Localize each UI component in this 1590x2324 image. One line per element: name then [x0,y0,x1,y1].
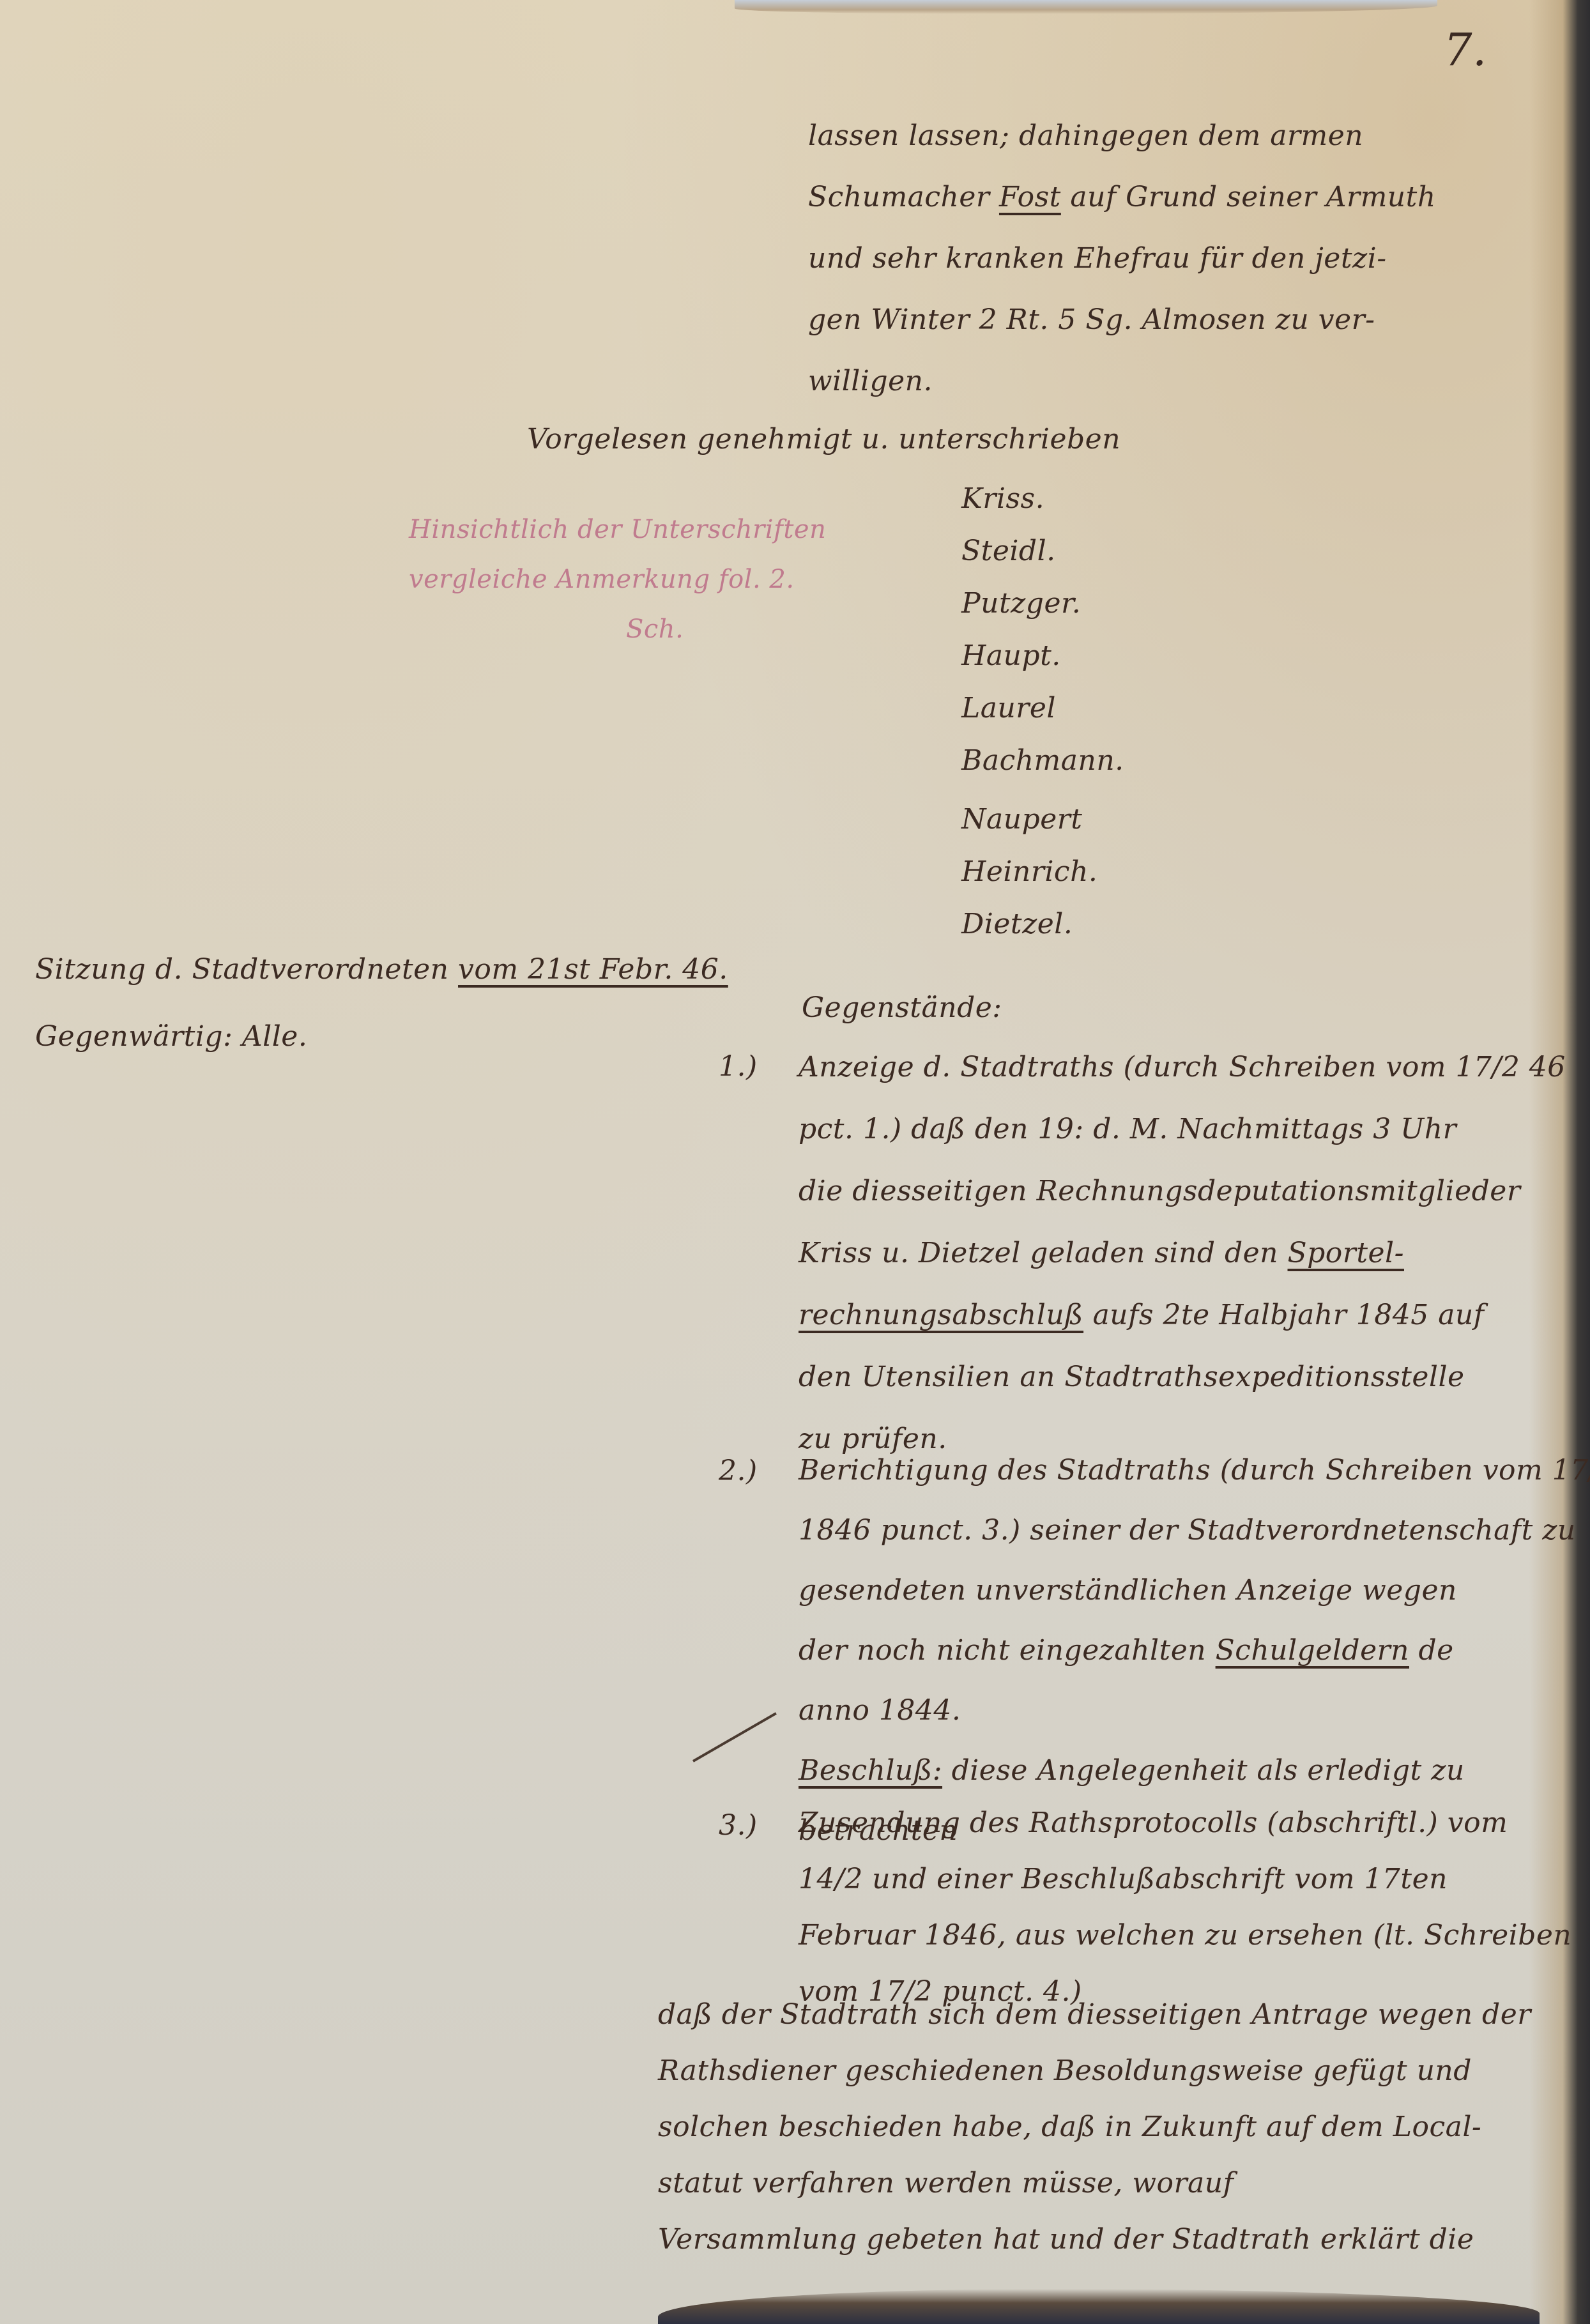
signature: Laurel [961,682,1124,735]
annotation-line: vergleiche Anmerkung fol. 2. [409,554,826,604]
agenda-heading: Gegenstände: [802,977,1002,1039]
item-3-continuation: daß der Stadtrath sich dem diesseitigen … [658,1987,1531,2268]
text-line: gen Winter 2 Rt. 5 Sg. Almosen zu ver- [808,289,1436,351]
text-line: statut verfahren werden müsse, worauf [658,2155,1531,2212]
folio-number: 7. [1444,19,1487,80]
item-number: 3.) [719,1795,758,1856]
resolution-text: diese Angelegenheit als erledigt zu [952,1754,1465,1787]
text-line: Versammlung gebeten hat und der Stadtrat… [658,2212,1531,2268]
text-line: den Utensilien an Stadtrathsexpeditionss… [799,1346,1566,1408]
text-line: die diesseitigen Rechnungsdeputationsmit… [799,1160,1566,1222]
text-line: Anzeige d. Stadtraths (durch Schreiben v… [799,1036,1566,1098]
session-title: Sitzung d. Stadtverordneten [35,953,449,986]
signature: Steidl. [961,525,1124,577]
annotation-initials: Sch. [409,604,826,654]
attendance: Gegenwärtig: Alle. [35,1006,307,1067]
resolution-label: Beschluß: [799,1754,942,1787]
text-line: Schumacher Fost auf Grund seiner Armuth [808,167,1436,228]
signature: Haupt. [961,630,1124,682]
text-line: willigen. [808,351,1436,412]
resolution-line: Beschluß: diese Angelegenheit als erledi… [799,1741,1590,1801]
text-line: rechnungsabschluß aufs 2te Halbjahr 1845… [799,1284,1566,1346]
item-number: 1.) [719,1036,758,1097]
torn-top-edge [735,0,1437,14]
text-line: Rathsdiener geschiedenen Besoldungsweise… [658,2043,1531,2099]
agenda-item-1: Anzeige d. Stadtraths (durch Schreiben v… [799,1036,1566,1470]
text-line: gesendeten unverständlichen Anzeige wege… [799,1561,1590,1621]
underlined-term: Schulgeldern [1216,1634,1409,1667]
session-heading: Sitzung d. Stadtverordneten vom 21st Feb… [35,939,728,1000]
continuation-paragraph: lassen lassen; dahingegen dem armen Schu… [808,105,1436,412]
signature: Naupert [961,793,1124,846]
text-line: daß der Stadtrath sich dem diesseitigen … [658,1987,1531,2043]
text-line: Zusendung des Rathsprotocolls (abschrift… [799,1795,1571,1851]
annotation-line: Hinsichtlich der Unterschriften [409,505,826,554]
signature: Putzger. [961,577,1124,630]
text-line: und sehr kranken Ehefrau für den jetzi- [808,228,1436,289]
margin-check-stroke [692,1712,777,1762]
text-line: lassen lassen; dahingegen dem armen [808,105,1436,167]
session-date: vom 21st Febr. 46. [458,953,728,986]
signature: Kriss. [961,473,1124,525]
underlined-name: Fost [999,181,1061,213]
underlined-term: Sportel- [1288,1237,1405,1269]
text-line: anno 1844. [799,1681,1590,1741]
marginal-annotation: Hinsichtlich der Unterschriften vergleic… [409,505,826,654]
text-line: Berichtigung des Stadtraths (durch Schre… [799,1441,1590,1501]
signature: Dietzel. [961,898,1124,951]
text-line: 14/2 und einer Beschlußabschrift vom 17t… [799,1851,1571,1907]
signature: Bachmann. [961,735,1124,787]
text-line: 1846 punct. 3.) seiner der Stadtverordne… [799,1501,1590,1561]
manuscript-page: 7. lassen lassen; dahingegen dem armen S… [0,0,1590,2324]
text-line: pct. 1.) daß den 19: d. M. Nachmittags 3… [799,1098,1566,1160]
item-number: 2.) [719,1441,758,1502]
torn-bottom-edge [658,2289,1540,2324]
closing-formula: Vorgelesen genehmigt u. unterschrieben [527,409,1120,470]
signature-list: Kriss. Steidl. Putzger. Haupt. Laurel Ba… [961,473,1124,951]
signature: Heinrich. [961,846,1124,898]
text-line: Kriss u. Dietzel geladen sind den Sporte… [799,1222,1566,1284]
text-line: solchen beschieden habe, daß in Zukunft … [658,2099,1531,2155]
text-line: Februar 1846, aus welchen zu ersehen (lt… [799,1907,1571,1964]
underlined-term: rechnungsabschluß [799,1299,1083,1331]
text-line: der noch nicht eingezahlten Schulgeldern… [799,1621,1590,1681]
